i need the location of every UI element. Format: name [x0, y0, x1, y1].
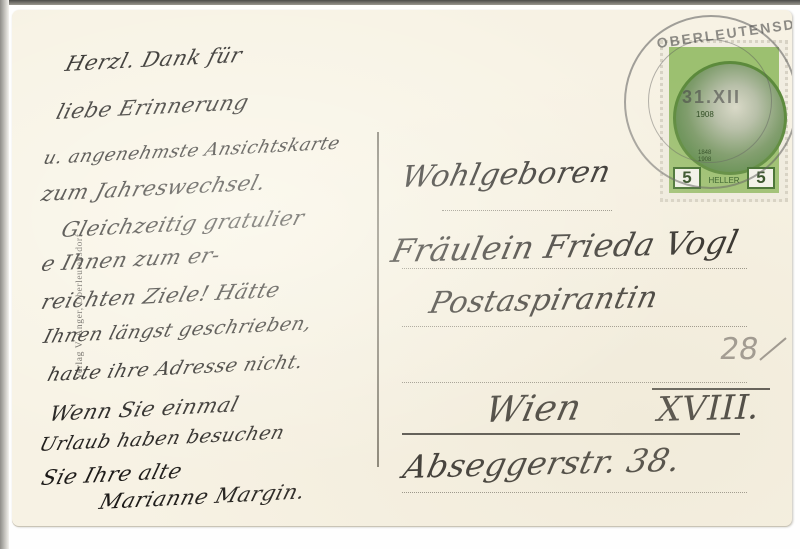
message-line: Gleichzeitig gratulier [59, 206, 308, 242]
postmark: OBERLEUTENSDORF 31.XII [624, 15, 792, 189]
address-line [402, 268, 747, 269]
message-line: Sie Ihre alte [39, 459, 185, 490]
message-line: liebe Erinnerung [54, 90, 252, 124]
district-overline [652, 388, 770, 390]
message-line: e Ihnen zum er- [39, 243, 224, 276]
pencil-note: 28 [717, 332, 761, 367]
address-line [442, 210, 612, 211]
pencil-slash [759, 337, 786, 360]
scan-left-edge [0, 0, 9, 549]
recipient-district: XVIII. [653, 387, 765, 430]
recipient-name: Fräulein Frieda Vogl [388, 223, 743, 270]
message-line: Herzl. Dank für [63, 43, 245, 76]
city-underline [402, 433, 740, 435]
address-line [402, 492, 747, 493]
address-line [402, 382, 747, 383]
message-line: u. angenehmste Ansichtskarte [41, 133, 342, 169]
address-salutation: Wohlgeboren [398, 155, 614, 195]
scan-top-edge [0, 0, 800, 5]
message-line: zum Jahreswechsel. [39, 170, 269, 205]
postmark-date: 31.XII [682, 87, 741, 108]
recipient-city: Wien [481, 388, 585, 431]
recipient-title: Postaspirantin [426, 280, 661, 321]
postcard: Verlag V. Anger, Oberleutensdorf. Herzl.… [12, 10, 792, 526]
recipient-street: Abseggerstr. 38. [400, 441, 685, 486]
center-divider [377, 132, 379, 467]
address-line [402, 326, 747, 327]
